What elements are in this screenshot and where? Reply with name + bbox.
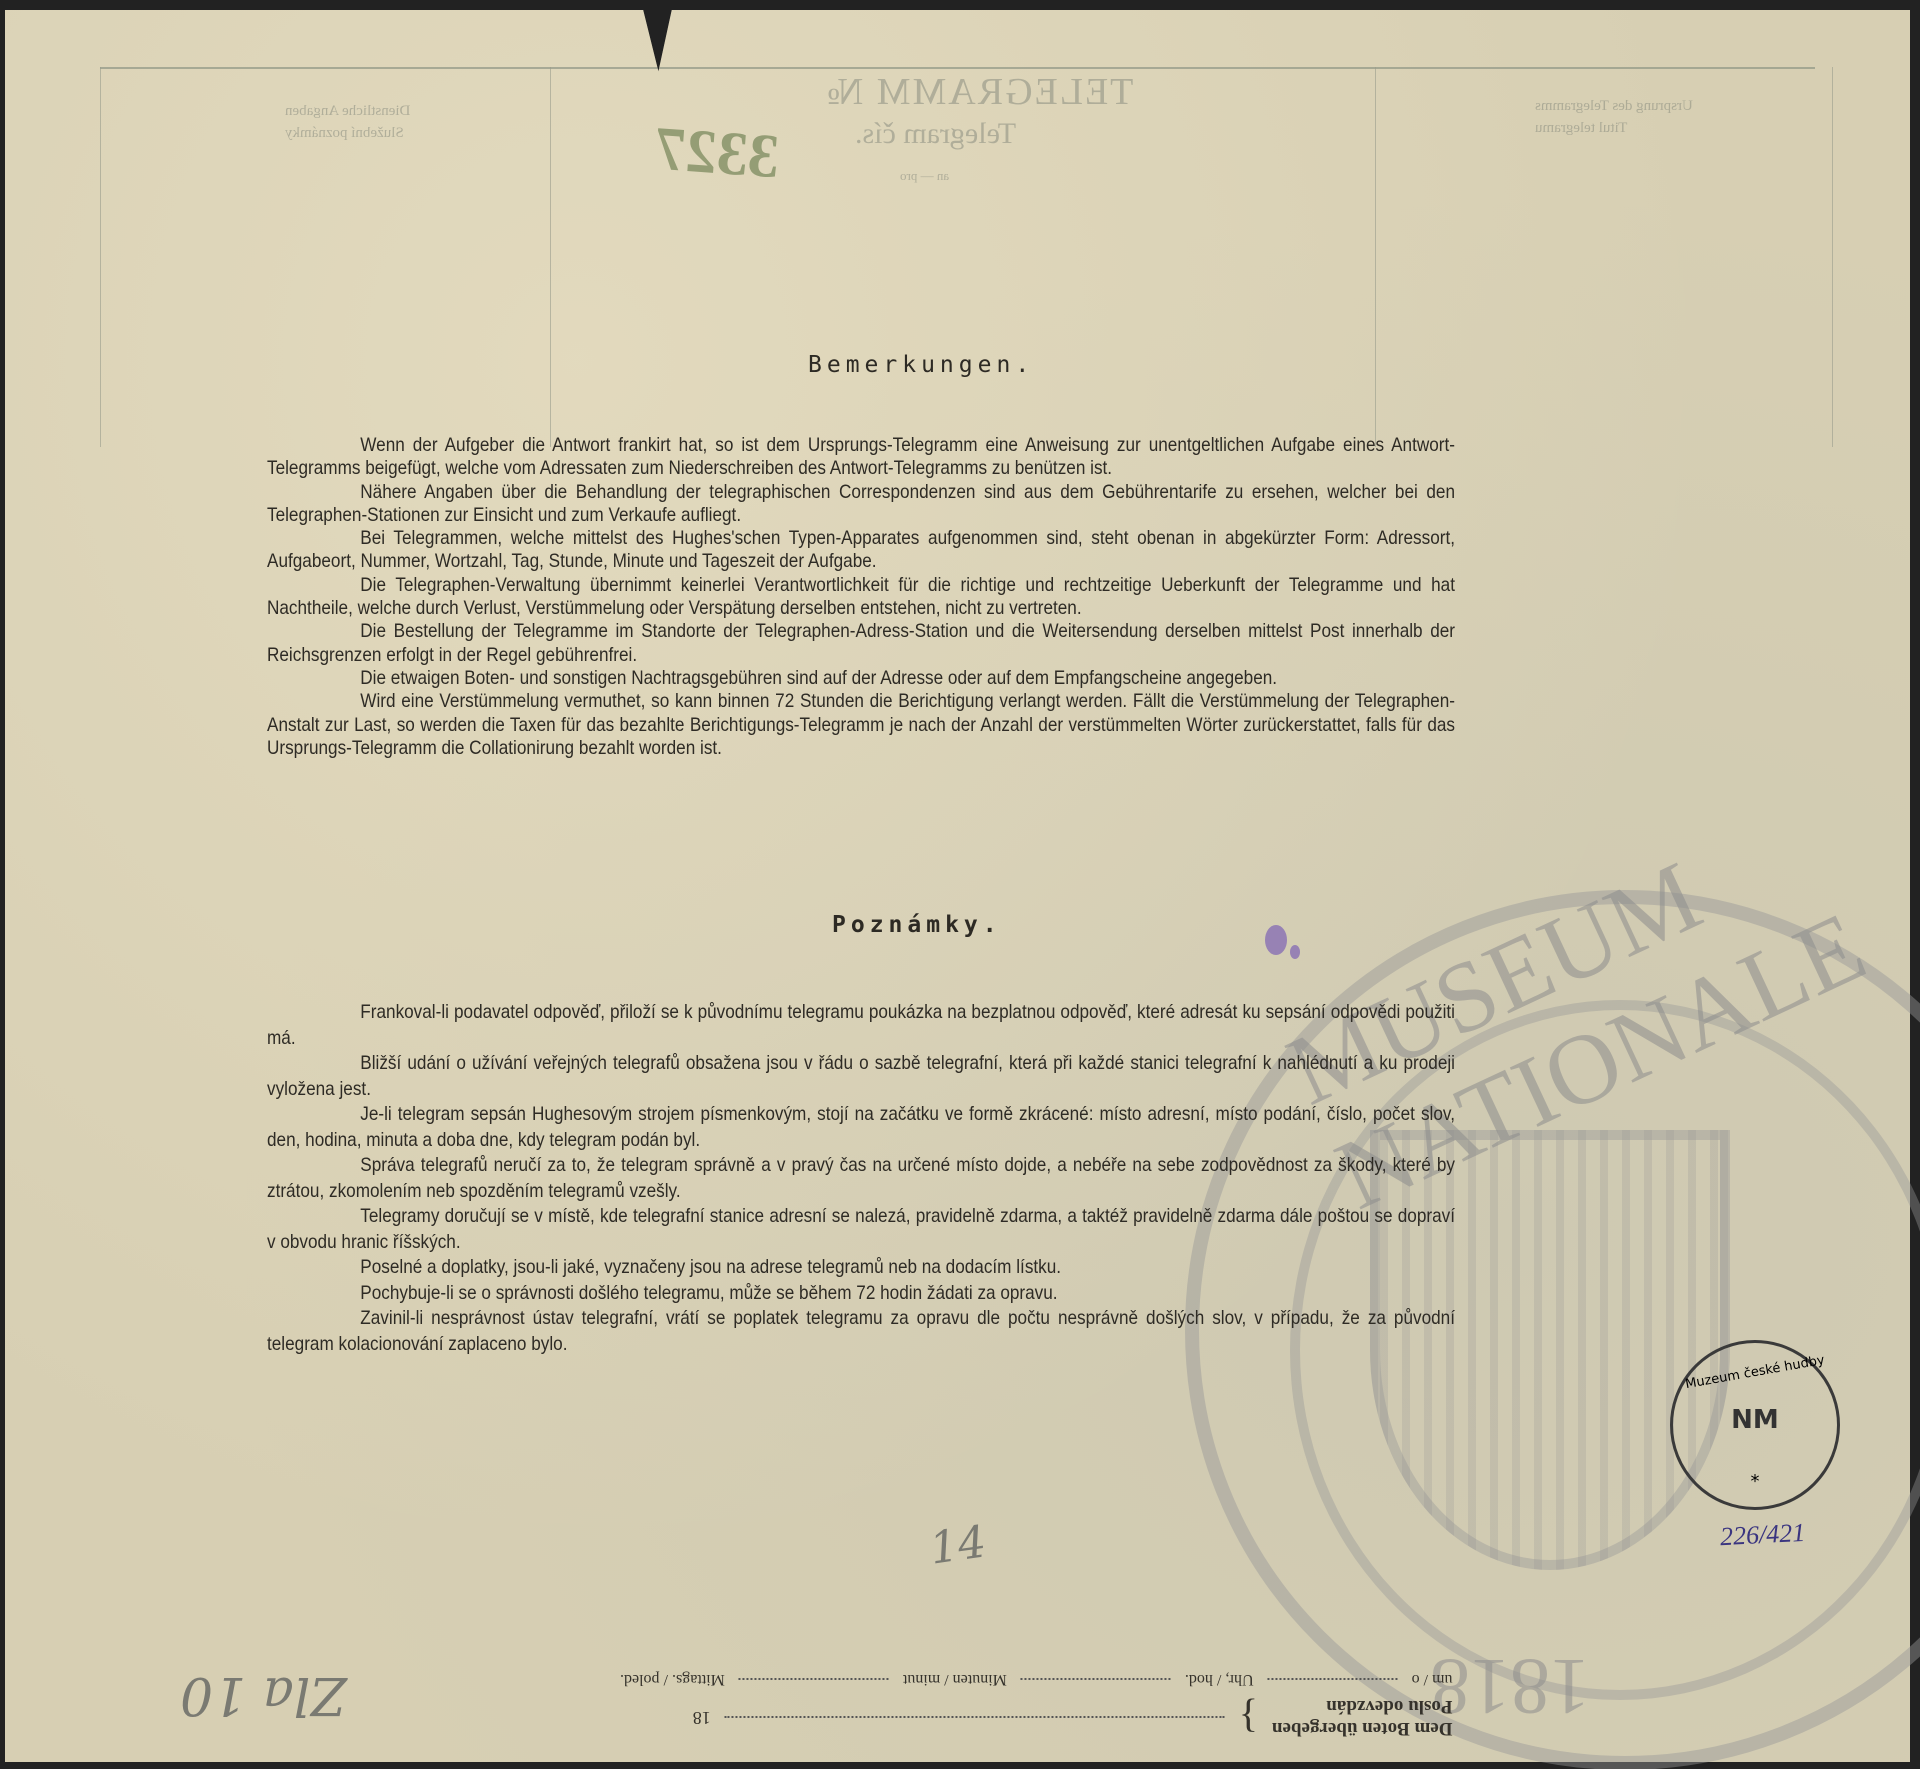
star-icon: *	[1673, 1471, 1837, 1492]
german-paragraph: Die Telegraphen-Verwaltung übernimmt kei…	[267, 574, 1455, 621]
german-paragraph: Wenn der Aufgeber die Antwort frankirt h…	[267, 434, 1455, 481]
delivery-label-czech: Poslu odevzdán	[1272, 1696, 1452, 1718]
mirrored-right-box: Ursprung des Telegramms Titul telegramu	[1535, 95, 1693, 139]
ampm-label: Mittags. / poled.	[620, 1670, 725, 1688]
czech-paragraph: Zavinil-li nesprávnost ústav telegrafní,…	[267, 1306, 1455, 1357]
ink-blot	[1290, 945, 1300, 959]
handwritten-telegram-number: 3327	[653, 114, 782, 193]
year-prefix: 18	[693, 1707, 711, 1728]
czech-section-title: Poznámky.	[832, 912, 1002, 938]
pencil-page-number: 14	[927, 1516, 990, 1574]
czech-paragraph: Správa telegrafů neručí za to, že telegr…	[267, 1153, 1455, 1204]
german-paragraph: Bei Telegrammen, welche mittelst des Hug…	[267, 527, 1455, 574]
pencil-upside-down-note: Zla 10	[180, 1665, 346, 1725]
delivery-label-german: Dem Boten übergeben	[1272, 1718, 1452, 1740]
mirrored-left-box: Dienstliche Angaben Služební poznámky	[285, 100, 410, 144]
hour-field	[1021, 1678, 1171, 1680]
german-paragraph: Wird eine Verstümmelung vermuthet, so ka…	[267, 690, 1455, 760]
hour-label: Uhr, / hod.	[1185, 1670, 1254, 1688]
mirrored-right-line-2: Titul telegramu	[1535, 117, 1693, 139]
at-label: um / o	[1412, 1670, 1453, 1688]
czech-paragraph: Pochybuje-li se o správnosti došlého tel…	[267, 1281, 1455, 1307]
mirrored-header-small: an — pro	[900, 168, 949, 184]
czech-paragraph: Frankoval-li podavatel odpověď, přiloží …	[267, 1000, 1455, 1051]
museum-stamp-year: 1818	[1430, 1640, 1590, 1731]
date-field	[725, 1717, 1225, 1719]
ink-blot	[1265, 925, 1287, 955]
delivery-slip: Dem Boten übergeben Poslu odevzdán } 18 …	[620, 1670, 1452, 1741]
frame-right	[1832, 67, 1833, 447]
czech-paragraph: Je-li telegram sepsán Hughesovým strojem…	[267, 1102, 1455, 1153]
mirrored-left-line-1: Dienstliche Angaben	[285, 100, 410, 122]
header-border-line	[100, 67, 1815, 69]
delivery-slip-labels: Dem Boten übergeben Poslu odevzdán	[1272, 1696, 1452, 1740]
mirrored-right-line-1: Ursprung des Telegramms	[1535, 95, 1693, 117]
czech-remarks-text: Frankoval-li podavatel odpověď, přiloží …	[267, 1000, 1455, 1357]
german-paragraph: Die etwaigen Boten- und sonstigen Nachtr…	[267, 667, 1455, 690]
german-paragraph: Die Bestellung der Telegramme im Standor…	[267, 620, 1455, 667]
minute-field	[739, 1678, 889, 1680]
header-divider-left	[550, 67, 551, 447]
mirrored-header-title: TELEGRAMM №	[825, 70, 1133, 114]
czech-paragraph: Bližší udání o užívání veřejných telegra…	[267, 1051, 1455, 1102]
czech-paragraph: Telegramy doručují se v místě, kde teleg…	[267, 1204, 1455, 1255]
czech-paragraph: Poselné a doplatky, jsou-li jaké, vyznač…	[267, 1255, 1455, 1281]
german-paragraph: Nähere Angaben über die Behandlung der t…	[267, 481, 1455, 528]
inventory-number: 226/421	[1719, 1518, 1806, 1552]
music-museum-stamp-center: NM	[1673, 1405, 1837, 1435]
minute-label: Minuten / minut	[903, 1670, 1007, 1688]
delivery-slip-time-row: um / o Uhr, / hod. Minuten / minut Mitta…	[620, 1670, 1452, 1688]
mirrored-left-line-2: Služební poznámky	[285, 122, 410, 144]
brace: }	[1239, 1694, 1258, 1741]
german-remarks-text: Wenn der Aufgeber die Antwort frankirt h…	[267, 434, 1455, 760]
header-divider-right	[1375, 67, 1376, 447]
at-field	[1268, 1678, 1398, 1680]
frame-left	[100, 67, 101, 447]
german-section-title: Bemerkungen.	[808, 352, 1034, 378]
music-museum-stamp: Muzeum české hudby NM *	[1670, 1340, 1840, 1510]
delivery-slip-date-row: Dem Boten übergeben Poslu odevzdán } 18	[620, 1694, 1452, 1741]
mirrored-header-subtitle: Telegram čís.	[855, 117, 1016, 151]
